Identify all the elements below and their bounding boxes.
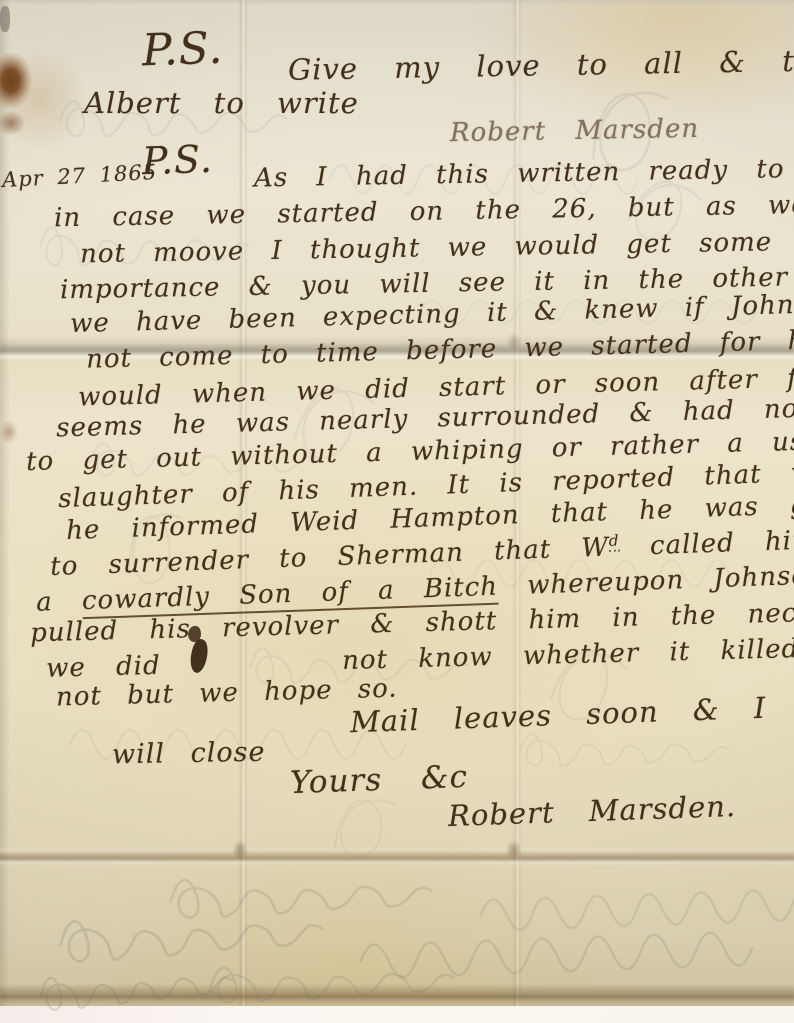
letter-line-ps2: P.S. (141, 137, 213, 183)
letter-signature-top: Robert Marsden (450, 114, 700, 148)
superscript-abbreviation: d (609, 532, 620, 552)
letter-text: a (36, 586, 83, 618)
letter-text: called him (619, 525, 794, 562)
scanned-letter-page: P.S. Give my love to all & tell Albert t… (0, 0, 794, 1023)
letter-closing: Yours &c (289, 759, 468, 801)
letter-line: will close (112, 737, 266, 771)
letter-line: Albert to write (84, 86, 359, 120)
letter-line-ps-top: P.S. (141, 23, 224, 77)
